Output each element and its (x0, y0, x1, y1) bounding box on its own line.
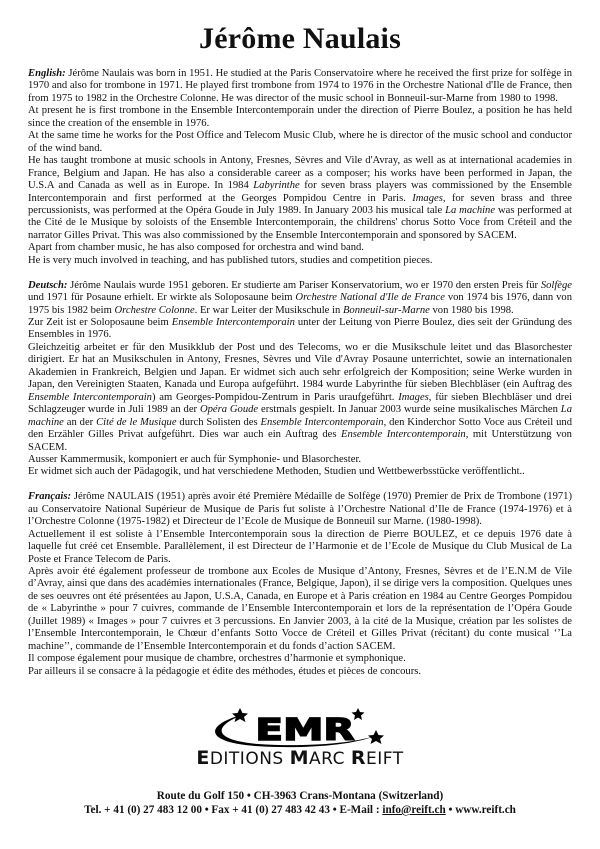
biography-body: English: Jérôme Naulais was born in 1951… (28, 68, 572, 678)
publisher-contact: Tel. + 41 (0) 27 483 12 00 • Fax + 41 (0… (0, 804, 600, 816)
francais-paragraph-4: Il compose également pour musique de cha… (28, 653, 572, 665)
francais-paragraph-3: Après avoir été également professeur de … (28, 566, 572, 653)
svg-text:EMR: EMR (255, 713, 354, 748)
english-paragraph-5: Apart from chamber music, he has also co… (28, 242, 572, 254)
email-link[interactable]: info@reift.ch (382, 804, 445, 816)
deutsch-paragraph-3: Gleichzeitig arbeitet er für den Musikkl… (28, 342, 572, 454)
english-paragraph-3: At the same time he works for the Post O… (28, 130, 572, 155)
english-paragraph-6: He is very much involved in teaching, an… (28, 255, 572, 267)
page-title: Jérôme Naulais (0, 22, 600, 56)
language-label-deutsch: Deutsch: (28, 280, 67, 291)
deutsch-paragraph-2: Zur Zeit ist er Soloposaune beim Ensembl… (28, 317, 572, 342)
english-paragraph-4: He has taught trombone at music schools … (28, 155, 572, 242)
deutsch-paragraph-5: Er widmet sich auch der Pädagogik, und h… (28, 466, 572, 478)
language-label-english: English: (28, 68, 66, 79)
section-spacer (28, 479, 572, 491)
francais-section: Français: Jérôme NAULAIS (1951) après av… (28, 491, 572, 678)
deutsch-paragraph-1: Deutsch: Jérôme Naulais wurde 1951 gebor… (28, 280, 572, 317)
francais-paragraph-1: Français: Jérôme NAULAIS (1951) après av… (28, 491, 572, 528)
english-section: English: Jérôme Naulais was born in 1951… (28, 68, 572, 267)
english-paragraph-2: At present he is first trombone in the E… (28, 105, 572, 130)
publisher-address: Route du Golf 150 • CH-3963 Crans-Montan… (0, 790, 600, 802)
publisher-name: EDITIONS MARC REIFT (150, 748, 450, 769)
francais-paragraph-2: Actuellement il est soliste à l’Ensemble… (28, 529, 572, 566)
deutsch-section: Deutsch: Jérôme Naulais wurde 1951 gebor… (28, 280, 572, 479)
english-paragraph-1: English: Jérôme Naulais was born in 1951… (28, 68, 572, 105)
emr-logo: EMR EDITIONS MARC REIFT (150, 700, 450, 772)
deutsch-paragraph-4: Ausser Kammermusik, komponiert er auch f… (28, 454, 572, 466)
language-label-francais: Français: (28, 491, 71, 502)
section-spacer (28, 267, 572, 279)
francais-paragraph-5: Par ailleurs il se consacre à la pédagog… (28, 666, 572, 678)
